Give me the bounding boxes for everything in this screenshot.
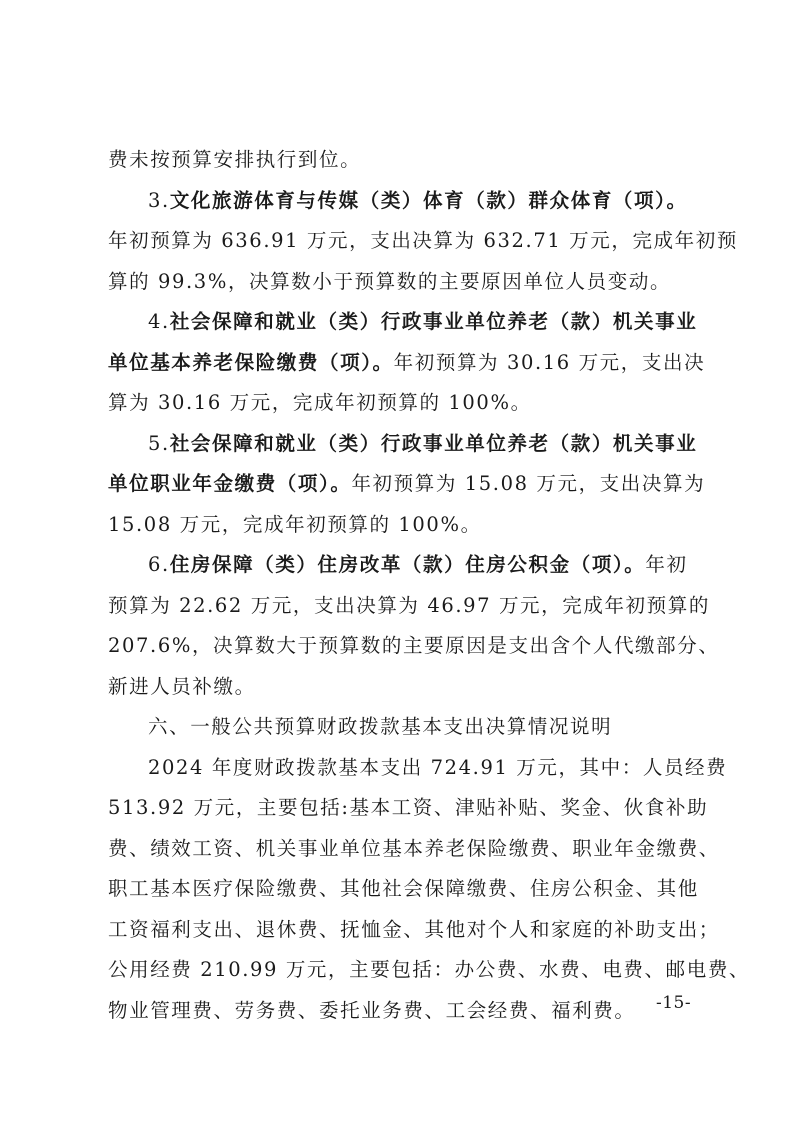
item-heading: 单位基本养老保险缴费（项）。	[108, 351, 394, 374]
text-line: 15.08 万元，完成年初预算的 100%。	[108, 505, 688, 546]
item-6-title: 6.住房保障（类）住房改革（款）住房公积金（项）。年初	[108, 545, 688, 586]
item-text: 年初	[645, 553, 687, 576]
item-number: 6.	[148, 553, 170, 576]
item-heading: 住房保障（类）住房改革（款）住房公积金（项）。	[170, 553, 646, 576]
item-heading: 文化旅游体育与传媒（类）体育（款）群众体育（项）。	[170, 189, 688, 212]
text-line: 费未按预算安排执行到位。	[108, 140, 688, 181]
text-line: 513.92 万元，主要包括:基本工资、津贴补贴、奖金、伙食补助	[108, 788, 688, 829]
item-heading: 社会保障和就业（类）行政事业单位养老（款）机关事业	[170, 432, 698, 455]
item-number: 5.	[148, 432, 170, 455]
text-line: 207.6%，决算数大于预算数的主要原因是支出含个人代缴部分、	[108, 626, 688, 667]
text-line: 算的 99.3%，决算数小于预算数的主要原因单位人员变动。	[108, 262, 688, 303]
document-page: 费未按预算安排执行到位。 3.文化旅游体育与传媒（类）体育（款）群众体育（项）。…	[0, 0, 793, 1122]
item-5-title: 5.社会保障和就业（类）行政事业单位养老（款）机关事业	[108, 424, 688, 465]
item-number: 3.	[148, 189, 170, 212]
item-text: 年初预算为 30.16 万元，支出决	[394, 351, 706, 374]
text-line: 工资福利支出、退休费、抚恤金、其他对个人和家庭的补助支出；	[108, 910, 688, 951]
item-heading: 单位职业年金缴费（项）。	[108, 472, 351, 495]
text-line: 新进人员补缴。	[108, 667, 688, 708]
page-number: -15-	[656, 993, 691, 1013]
text-line: 公用经费 210.99 万元，主要包括：办公费、水费、电费、邮电费、	[108, 950, 688, 991]
text-line: 单位职业年金缴费（项）。年初预算为 15.08 万元，支出决算为	[108, 464, 688, 505]
text-line: 年初预算为 636.91 万元，支出决算为 632.71 万元，完成年初预	[108, 221, 688, 262]
item-number: 4.	[148, 310, 170, 333]
text-line: 单位基本养老保险缴费（项）。年初预算为 30.16 万元，支出决	[108, 343, 688, 384]
text-line: 2024 年度财政拨款基本支出 724.91 万元，其中：人员经费	[108, 748, 688, 789]
text-line: 物业管理费、劳务费、委托业务费、工会经费、福利费。	[108, 991, 688, 1032]
item-3-title: 3.文化旅游体育与传媒（类）体育（款）群众体育（项）。	[108, 181, 688, 222]
section-heading: 六、一般公共预算财政拨款基本支出决算情况说明	[108, 707, 688, 748]
item-4-title: 4.社会保障和就业（类）行政事业单位养老（款）机关事业	[108, 302, 688, 343]
text-line: 算为 30.16 万元，完成年初预算的 100%。	[108, 383, 688, 424]
body-text: 费未按预算安排执行到位。 3.文化旅游体育与传媒（类）体育（款）群众体育（项）。…	[108, 140, 688, 1031]
item-text: 年初预算为 15.08 万元，支出决算为	[351, 472, 705, 495]
text-line: 费、绩效工资、机关事业单位基本养老保险缴费、职业年金缴费、	[108, 829, 688, 870]
text-line: 预算为 22.62 万元，支出决算为 46.97 万元，完成年初预算的	[108, 586, 688, 627]
item-heading: 社会保障和就业（类）行政事业单位养老（款）机关事业	[170, 310, 698, 333]
text-line: 职工基本医疗保险缴费、其他社会保障缴费、住房公积金、其他	[108, 869, 688, 910]
